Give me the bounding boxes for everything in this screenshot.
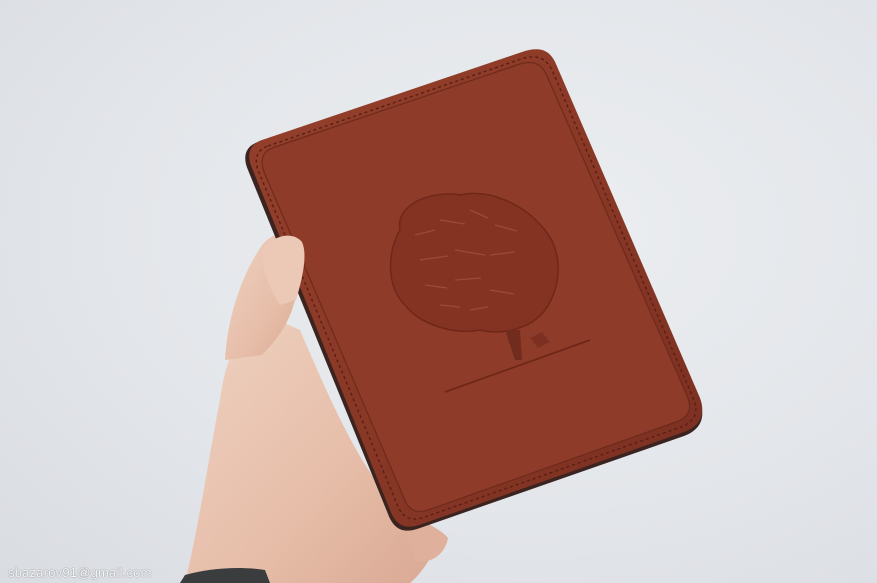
photo [0, 0, 877, 583]
watermark: sbazarov91@gmail.com [8, 565, 152, 580]
photo-scene: sbazarov91@gmail.com [0, 0, 877, 583]
